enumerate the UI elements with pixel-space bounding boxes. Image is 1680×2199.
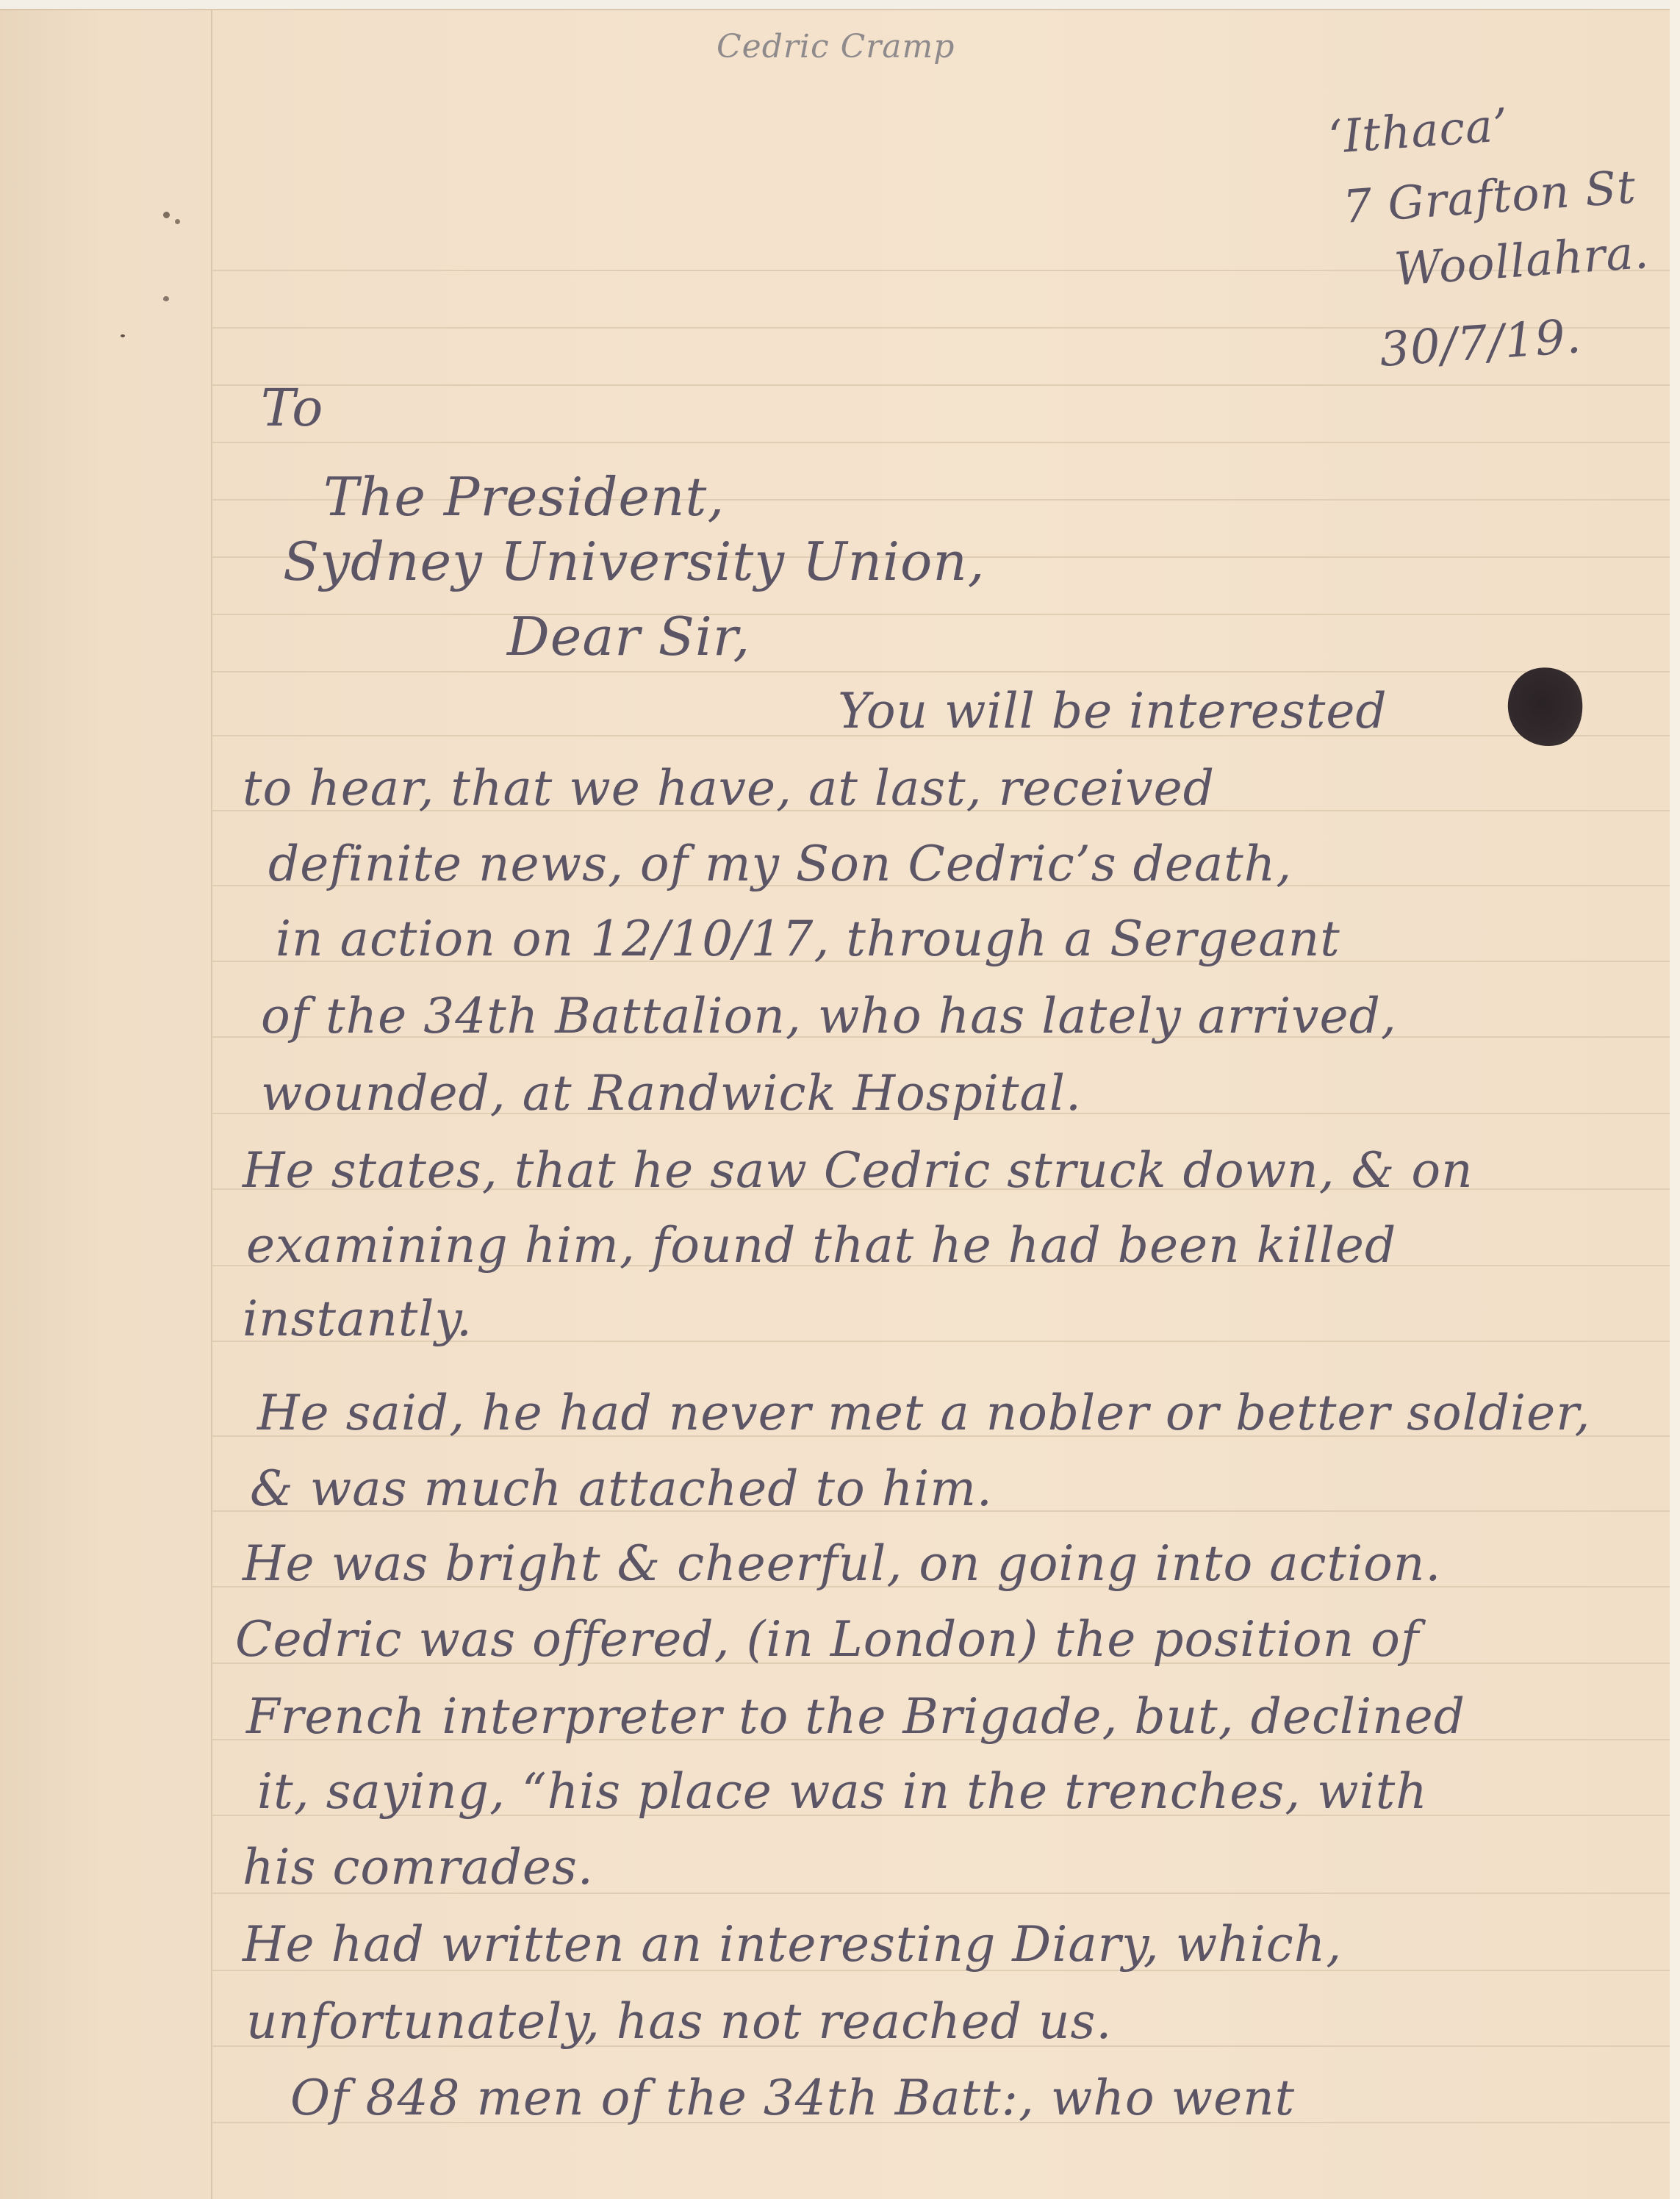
paper-speck [163,296,169,301]
body-line: & was much attached to him. [250,1465,993,1513]
body-line: He was bright & cheerful, on going into … [243,1540,1441,1588]
ruled-line [212,614,1670,615]
scan-top-edge [0,0,1680,9]
body-line: Cedric was offered, (in London) the posi… [235,1615,1419,1664]
scan-right-edge [1670,0,1680,2199]
body-line: He said, he had never met a nobler or be… [257,1389,1590,1438]
margin-rule [211,9,212,2199]
paper-speck [175,219,180,224]
body-line: unfortunately, has not reached us. [246,1998,1112,2046]
body-line: You will be interested [838,687,1388,736]
pencil-annotation: Cedric Cramp [717,28,955,65]
paper-speck [121,334,125,337]
salutation-to: To [261,382,323,434]
body-line: definite news, of my Son Cedric’s death, [268,840,1292,889]
body-line: French interpreter to the Brigade, but, … [246,1693,1465,1741]
recipient-org: Sydney University Union, [283,535,986,588]
body-line: Of 848 men of the 34th Batt:, who went [290,2074,1295,2123]
greeting: Dear Sir, [507,610,750,663]
body-line: instantly. [243,1295,473,1344]
body-line: examining him, found that he had been ki… [246,1222,1396,1270]
body-line: of the 34th Battalion, who has lately ar… [261,992,1397,1041]
ruled-line [212,384,1670,386]
body-line: his comrades. [243,1843,594,1892]
body-line: wounded, at Randwick Hospital. [261,1069,1082,1118]
paper-speck [163,212,170,218]
ruled-line [212,442,1670,443]
recipient-title: The President, [323,470,725,523]
body-line: He had written an interesting Diary, whi… [243,1920,1342,1969]
body-line: it, saying, “his place was in the trench… [257,1768,1428,1816]
body-line: He states, that he saw Cedric struck dow… [243,1147,1473,1195]
body-line: in action on 12/10/17, through a Sergean… [276,915,1340,964]
ruled-line [212,671,1670,672]
body-line: to hear, that we have, at last, received [243,764,1215,813]
paper-fold-shadow [0,9,103,2199]
